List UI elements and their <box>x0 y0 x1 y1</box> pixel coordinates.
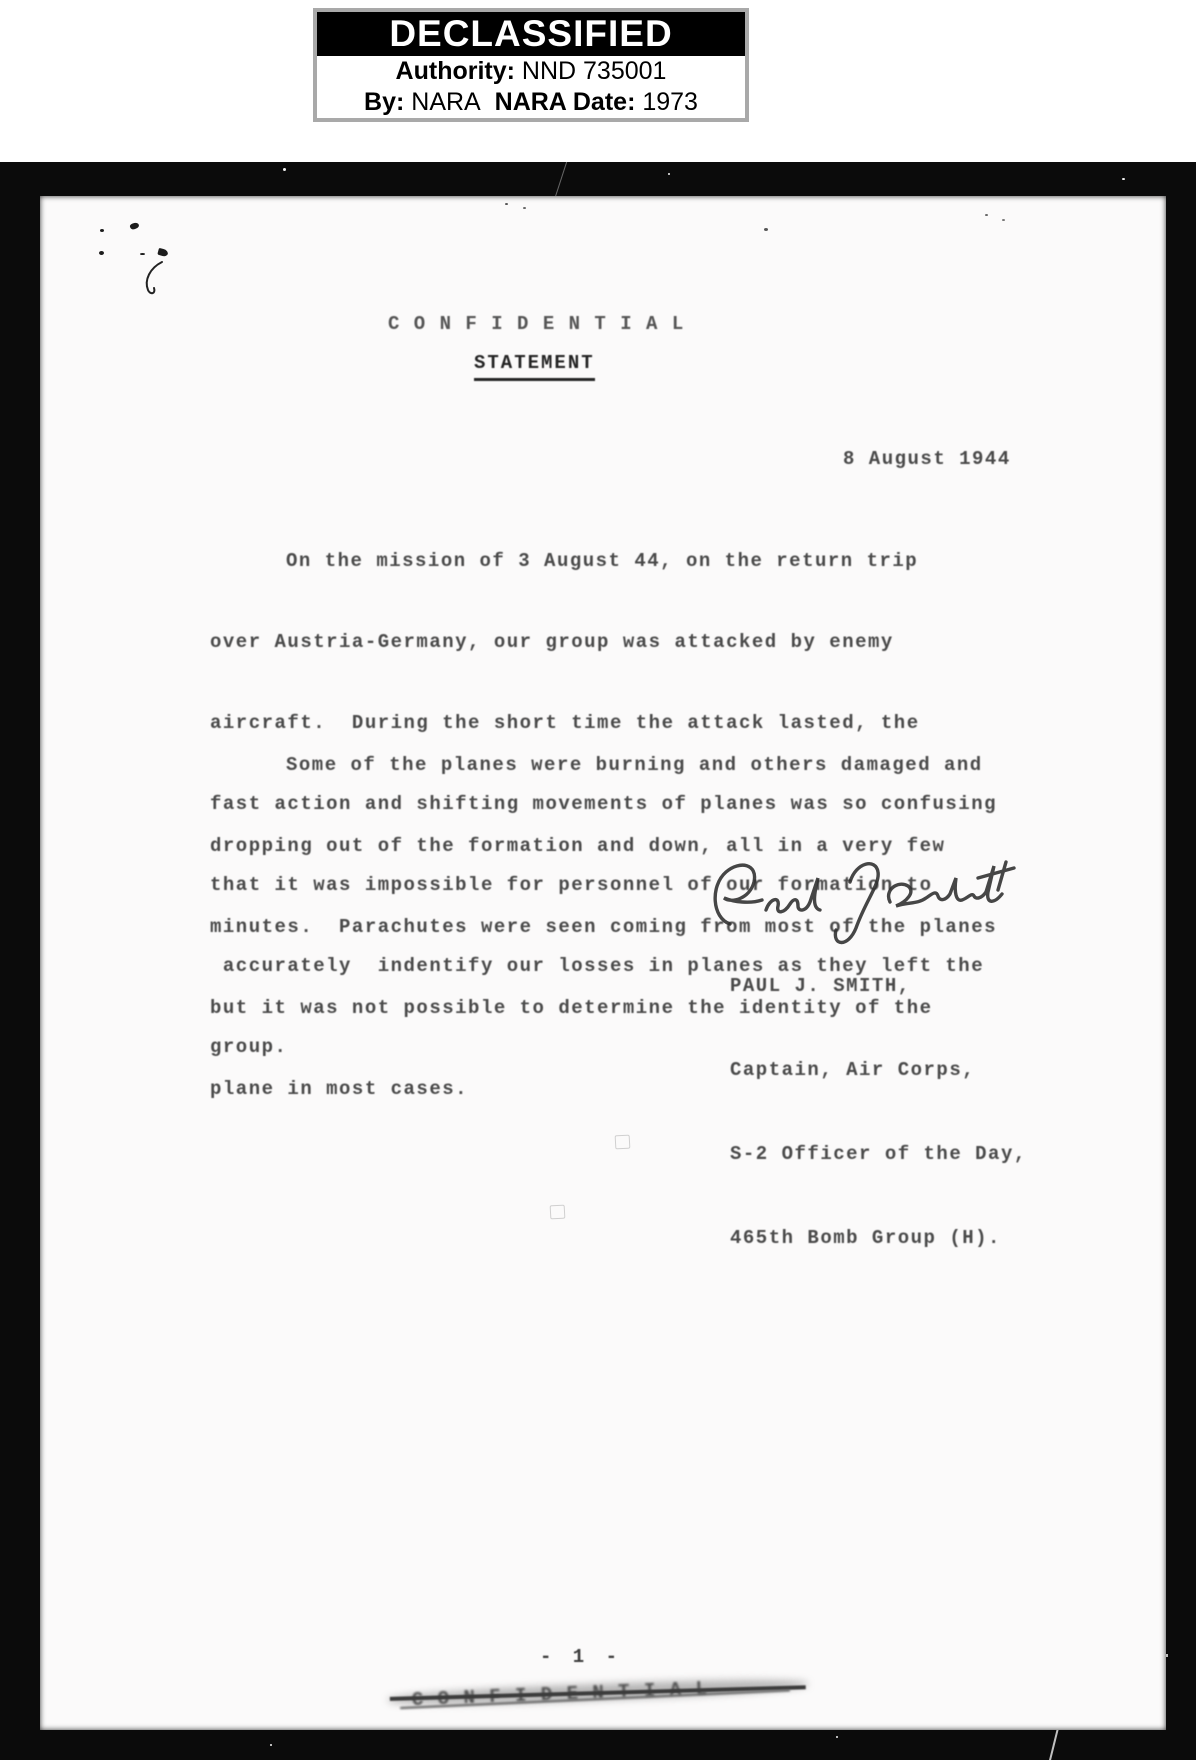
nara-date-value: 1973 <box>642 88 698 116</box>
authority-line: Authority: NND 735001 <box>317 56 745 87</box>
dust-speck <box>1122 178 1125 180</box>
declassified-stamp: DECLASSIFIED Authority: NND 735001 By: N… <box>313 8 749 122</box>
typed-line: S-2 Officer of the Day, <box>730 1140 1027 1168</box>
by-value: NARA <box>411 88 480 116</box>
ink-speck <box>99 251 104 255</box>
typed-line: On the mission of 3 August 44, on the re… <box>210 548 997 575</box>
ink-speck <box>100 229 104 232</box>
nara-date-label: NARA Date: <box>495 88 636 116</box>
dust-speck <box>283 168 286 171</box>
ink-speck <box>140 253 145 255</box>
dust-speck <box>270 1744 272 1746</box>
typed-line: Some of the planes were burning and othe… <box>210 752 997 779</box>
authority-value: NND 735001 <box>522 57 667 85</box>
declassified-title: DECLASSIFIED <box>317 12 745 56</box>
ink-speck <box>1002 219 1005 221</box>
by-line: By: NARA NARA Date: 1973 <box>317 87 745 118</box>
classification-header: C O N F I D E N T I A L <box>388 311 685 338</box>
typed-line: over Austria-Germany, our group was atta… <box>210 629 997 656</box>
dust-speck <box>836 1736 838 1738</box>
signature-block: PAUL J. SMITH, Captain, Air Corps, S-2 O… <box>730 916 1027 1308</box>
by-label: By: <box>364 88 404 116</box>
faint-stamp-mark <box>615 1135 631 1150</box>
dust-speck <box>668 173 670 175</box>
scanned-document-page: DECLASSIFIED Authority: NND 735001 By: N… <box>0 0 1196 1760</box>
typed-line: 465th Bomb Group (H). <box>730 1224 1027 1252</box>
typed-line: PAUL J. SMITH, <box>730 972 1027 1000</box>
ink-speck <box>505 203 508 205</box>
document-date: 8 August 1944 <box>843 446 1011 473</box>
typed-line: Captain, Air Corps, <box>730 1056 1027 1084</box>
ink-speck <box>985 214 988 216</box>
ink-squiggle <box>140 258 168 298</box>
ink-speck <box>523 207 526 209</box>
ink-speck <box>764 228 768 231</box>
page-number: - 1 - <box>540 1644 622 1671</box>
authority-label: Authority: <box>396 57 515 85</box>
faint-stamp-mark <box>550 1205 566 1220</box>
statement-heading: STATEMENT <box>474 350 595 381</box>
